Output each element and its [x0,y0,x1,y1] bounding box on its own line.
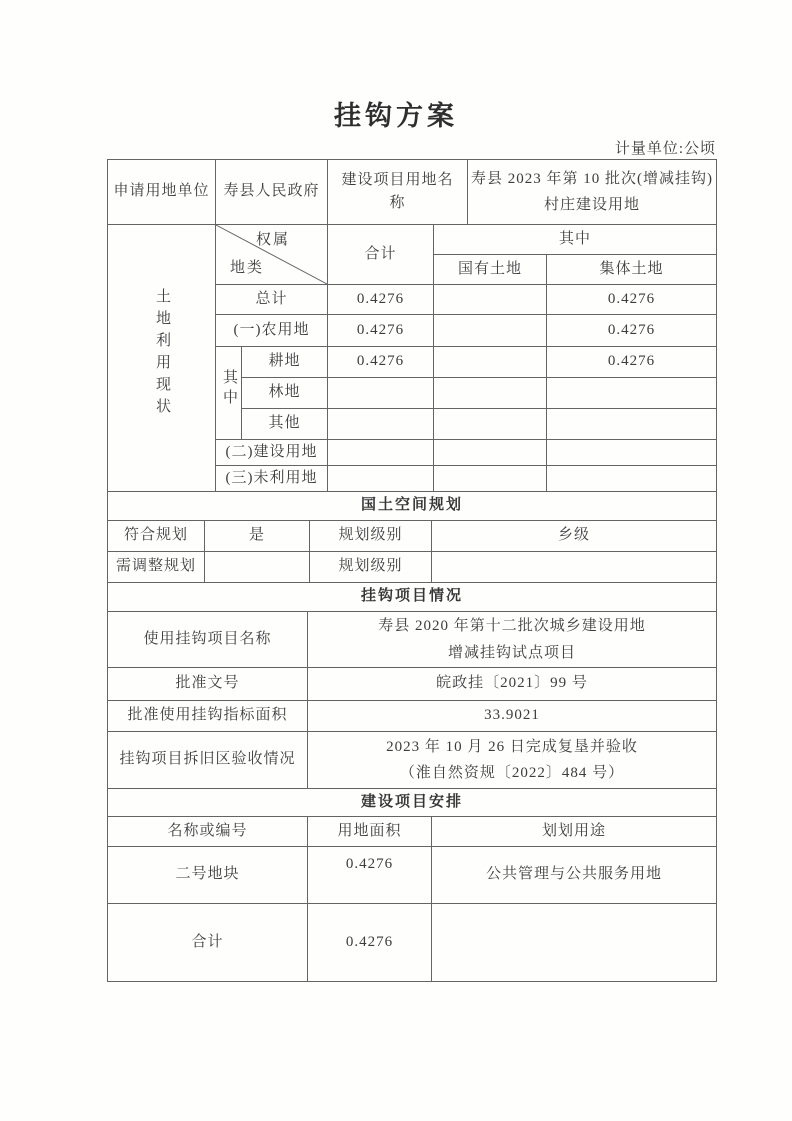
value-cell: 0.4276 [547,315,717,347]
agricultural-total: 0.4276 [357,322,404,338]
value-cell: 是 [205,521,310,552]
value-cell: 乡级 [432,521,717,552]
diagonal-label-landtype: 地类 [230,257,264,280]
row-label-cultivated: 耕地 [268,353,300,369]
quota-area-value: 33.9021 [484,707,540,723]
parcel-use: 公共管理与公共服务用地 [486,866,662,882]
grand-total-collective: 0.4276 [608,291,655,307]
row-label-cell: 批准使用挂钩指标面积 [108,701,308,732]
cultivated-collective: 0.4276 [608,353,655,369]
table-row: 建设项目安排 [108,789,717,817]
row-label-cell: (一)农用地 [216,315,328,347]
value-cell [328,466,434,492]
document-page: 挂钩方案 计量单位:公顷 申请用地单位 寿县人民政府 建设项目用地名称 寿县 2… [0,0,792,1121]
project-value-line1: 寿县 2023 年第 10 批次(增减挂钩) [468,166,716,192]
value-cell [547,409,717,440]
value-cell [434,347,547,378]
planning-level-value: 乡级 [558,527,590,543]
parcel-name: 二号地块 [175,866,239,882]
table-row: 挂钩项目情况 [108,583,717,612]
value-cell [434,378,547,409]
table-row: 国土空间规划 [108,492,717,521]
col-header-collective: 集体土地 [600,261,664,277]
value-cell [328,440,434,466]
adjust-planning-label: 需调整规划 [116,558,196,574]
project-name-line1: 寿县 2020 年第十二批次城乡建设用地 [308,613,716,639]
value-cell [547,378,717,409]
linkage-section-title-cell: 挂钩项目情况 [108,583,717,612]
row-label-cell: 总计 [216,285,328,315]
grand-total-total: 0.4276 [357,291,404,307]
col-header-use: 划划用途 [542,823,606,839]
value-cell [328,409,434,440]
diagonal-header-cell: 权属 地类 [216,225,328,285]
value-cell: 33.9021 [308,701,717,732]
table-row: 土地利用现状 权属 地类 合计 其中 [108,225,717,255]
table-row: 挂钩项目拆旧区验收情况 2023 年 10 月 26 日完成复垦并验收 （淮自然… [108,732,717,789]
value-cell: 2023 年 10 月 26 日完成复垦并验收 （淮自然资规〔2022〕484 … [308,732,717,789]
applicant-value: 寿县人民政府 [223,183,319,199]
land-use-table: 土地利用现状 权属 地类 合计 其中 国有土地 集体土地 总计 0.4276 [107,224,717,492]
row-label-cell: 批准文号 [108,668,308,701]
applicant-label-cell: 申请用地单位 [108,160,216,225]
row-label-unused: (三)未利用地 [226,470,318,486]
value-cell: 0.4276 [547,285,717,315]
row-label-cell: 其他 [242,409,328,440]
project-name-line2: 增减挂钩试点项目 [308,640,716,666]
construction-section-title-cell: 建设项目安排 [108,789,717,817]
value-cell [434,315,547,347]
row-label-cell: (三)未利用地 [216,466,328,492]
project-name-label: 使用挂钩项目名称 [143,631,271,647]
construction-total-area: 0.4276 [346,934,393,950]
table-row: 批准使用挂钩指标面积 33.9021 [108,701,717,732]
value-cell [432,552,717,583]
value-cell [434,409,547,440]
row-label-forest: 林地 [268,384,300,400]
row-label-cell: (二)建设用地 [216,440,328,466]
unit-note: 计量单位:公顷 [107,137,716,158]
project-label: 建设项目用地名称 [341,172,453,211]
row-label-cell: 符合规划 [108,521,205,552]
approval-doc-value: 皖政挂〔2021〕99 号 [436,675,588,691]
among-group-label: 其中 [221,369,236,409]
value-cell [328,378,434,409]
col-header-state: 国有土地 [458,261,522,277]
row-label-other: 其他 [268,415,300,431]
value-cell [547,466,717,492]
construction-total-label: 合计 [191,934,223,950]
row-label-cell: 规划级别 [310,521,432,552]
col-header-name-cell: 名称或编号 [108,817,308,847]
page-title: 挂钩方案 [0,94,792,133]
acceptance-line2: （淮自然资规〔2022〕484 号） [308,760,716,786]
row-label-cell: 林地 [242,378,328,409]
row-label-construction: (二)建设用地 [226,444,318,460]
construction-total-use-cell [432,904,717,982]
linkage-section-title: 挂钩项目情况 [361,588,463,604]
table-row: 名称或编号 用地面积 划划用途 [108,817,717,847]
parcel-area: 0.4276 [346,847,393,876]
applicant-value-cell: 寿县人民政府 [216,160,328,225]
among-group-label-cell: 其中 [216,347,242,440]
header-row-table: 申请用地单位 寿县人民政府 建设项目用地名称 寿县 2023 年第 10 批次(… [107,159,717,225]
col-header-total-cell: 合计 [328,225,434,285]
parcel-use-cell: 公共管理与公共服务用地 [432,847,717,904]
value-cell: 0.4276 [328,315,434,347]
project-label-cell: 建设项目用地名称 [328,160,468,225]
approval-doc-label: 批准文号 [175,675,239,691]
construction-table: 建设项目安排 名称或编号 用地面积 划划用途 二号地块 0.4276 公共管理与… [107,788,717,982]
planning-level-label: 规划级别 [338,527,402,543]
row-label-cell: 规划级别 [310,552,432,583]
row-label-grand-total: 总计 [255,291,287,307]
value-cell: 寿县 2020 年第十二批次城乡建设用地 增减挂钩试点项目 [308,612,717,668]
project-value-cell: 寿县 2023 年第 10 批次(增减挂钩) 村庄建设用地 [468,160,717,225]
land-use-section-label: 土地利用现状 [154,288,169,420]
row-label-cell: 需调整规划 [108,552,205,583]
value-cell: 皖政挂〔2021〕99 号 [308,668,717,701]
planning-level-label: 规划级别 [338,558,402,574]
value-cell [205,552,310,583]
cultivated-total: 0.4276 [357,353,404,369]
row-label-cell: 使用挂钩项目名称 [108,612,308,668]
parcel-area-cell: 0.4276 [308,847,432,904]
col-header-name: 名称或编号 [167,823,247,839]
col-header-among: 其中 [559,231,591,247]
applicant-label: 申请用地单位 [113,183,209,199]
parcel-name-cell: 二号地块 [108,847,308,904]
conform-planning-value: 是 [249,527,265,543]
construction-total-area-cell: 0.4276 [308,904,432,982]
spatial-planning-section-title: 国土空间规划 [361,497,463,513]
value-cell [547,440,717,466]
table-row: 申请用地单位 寿县人民政府 建设项目用地名称 寿县 2023 年第 10 批次(… [108,160,717,225]
col-header-among-cell: 其中 [434,225,717,255]
row-label-cell: 耕地 [242,347,328,378]
spatial-planning-section-title-cell: 国土空间规划 [108,492,717,521]
value-cell: 0.4276 [547,347,717,378]
agricultural-collective: 0.4276 [608,322,655,338]
quota-area-label: 批准使用挂钩指标面积 [127,707,287,723]
table-row: 需调整规划 规划级别 [108,552,717,583]
value-cell [434,466,547,492]
value-cell: 0.4276 [328,347,434,378]
spatial-planning-table: 国土空间规划 符合规划 是 规划级别 乡级 需调整规划 规划级别 [107,491,717,583]
acceptance-label: 挂钩项目拆旧区验收情况 [119,751,295,767]
linkage-project-table: 挂钩项目情况 使用挂钩项目名称 寿县 2020 年第十二批次城乡建设用地 增减挂… [107,582,717,789]
row-label-agricultural: (一)农用地 [234,322,310,338]
main-table: 申请用地单位 寿县人民政府 建设项目用地名称 寿县 2023 年第 10 批次(… [107,160,716,982]
col-header-area: 用地面积 [337,823,401,839]
col-header-collective-cell: 集体土地 [547,255,717,285]
construction-section-title: 建设项目安排 [361,794,463,810]
row-label-cell: 挂钩项目拆旧区验收情况 [108,732,308,789]
acceptance-line1: 2023 年 10 月 26 日完成复垦并验收 [308,734,716,760]
value-cell [434,285,547,315]
construction-total-label-cell: 合计 [108,904,308,982]
conform-planning-label: 符合规划 [124,527,188,543]
col-header-use-cell: 划划用途 [432,817,717,847]
diagonal-label-ownership: 权属 [256,229,290,252]
value-cell [434,440,547,466]
project-value-line2: 村庄建设用地 [468,192,716,218]
table-row: 批准文号 皖政挂〔2021〕99 号 [108,668,717,701]
col-header-state-cell: 国有土地 [434,255,547,285]
table-row: 使用挂钩项目名称 寿县 2020 年第十二批次城乡建设用地 增减挂钩试点项目 [108,612,717,668]
table-row: 合计 0.4276 [108,904,717,982]
col-header-area-cell: 用地面积 [308,817,432,847]
land-use-section-label-cell: 土地利用现状 [108,225,216,492]
value-cell: 0.4276 [328,285,434,315]
col-header-total: 合计 [364,246,396,262]
table-row: 二号地块 0.4276 公共管理与公共服务用地 [108,847,717,904]
table-row: 符合规划 是 规划级别 乡级 [108,521,717,552]
